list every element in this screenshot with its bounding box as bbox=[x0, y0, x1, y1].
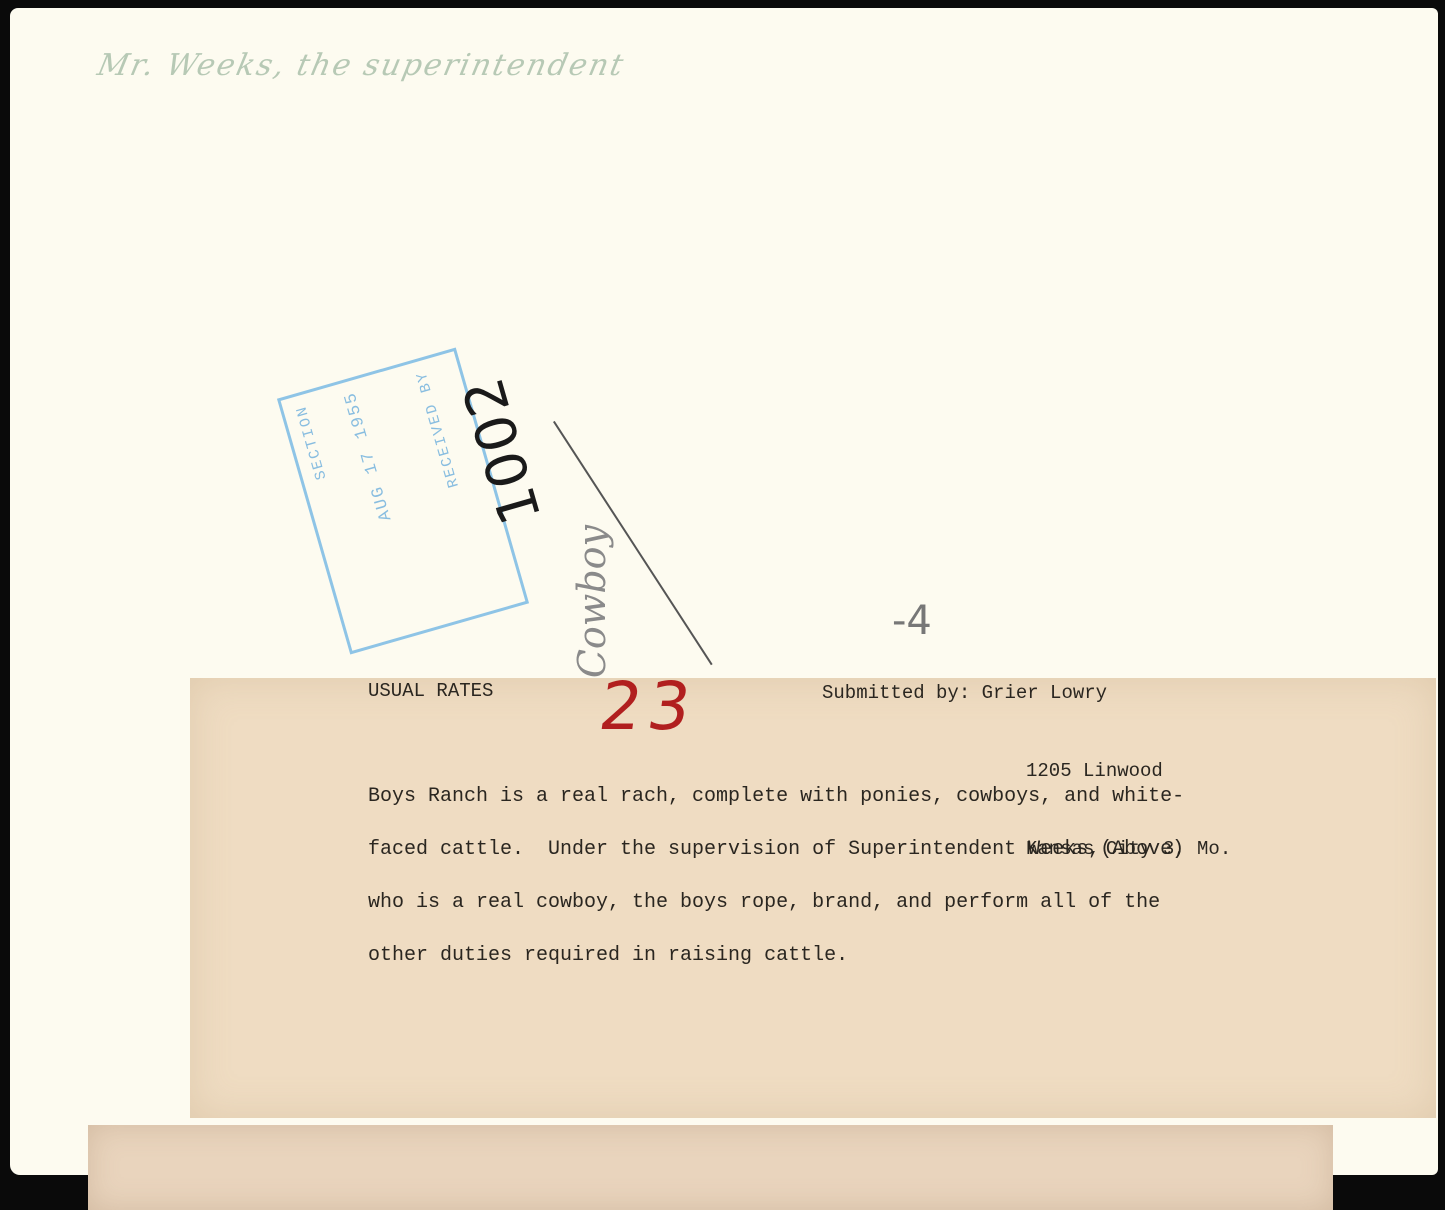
submitted-label: Submitted by: bbox=[822, 682, 970, 704]
pencil-mark: -4 bbox=[892, 598, 932, 644]
submitter-name: Grier Lowry bbox=[982, 682, 1107, 704]
body-line: who is a real cowboy, the boys rope, bra… bbox=[368, 876, 1388, 929]
body-line: Boys Ranch is a real rach, complete with… bbox=[368, 770, 1388, 823]
submitted-by: Submitted by: Grier Lowry bbox=[822, 680, 1107, 706]
caption-sheet: USUAL RATES 23 Submitted by: Grier Lowry… bbox=[190, 678, 1436, 1118]
body-line: other duties required in raising cattle. bbox=[368, 929, 1388, 982]
red-crayon-number: 23 bbox=[595, 668, 702, 745]
stamp-date: AUG 17 1955 bbox=[341, 389, 396, 523]
usual-rates: USUAL RATES bbox=[368, 678, 493, 704]
handwritten-caption: Mr. Weeks, the superintendent bbox=[94, 48, 628, 83]
body-line: faced cattle. Under the supervision of S… bbox=[368, 823, 1388, 876]
stamp-line-1: SECTION bbox=[293, 403, 331, 482]
caption-body: Boys Ranch is a real rach, complete with… bbox=[368, 770, 1388, 982]
bottom-paper-strip bbox=[88, 1125, 1333, 1210]
pencil-word: Cowboy bbox=[570, 525, 614, 678]
